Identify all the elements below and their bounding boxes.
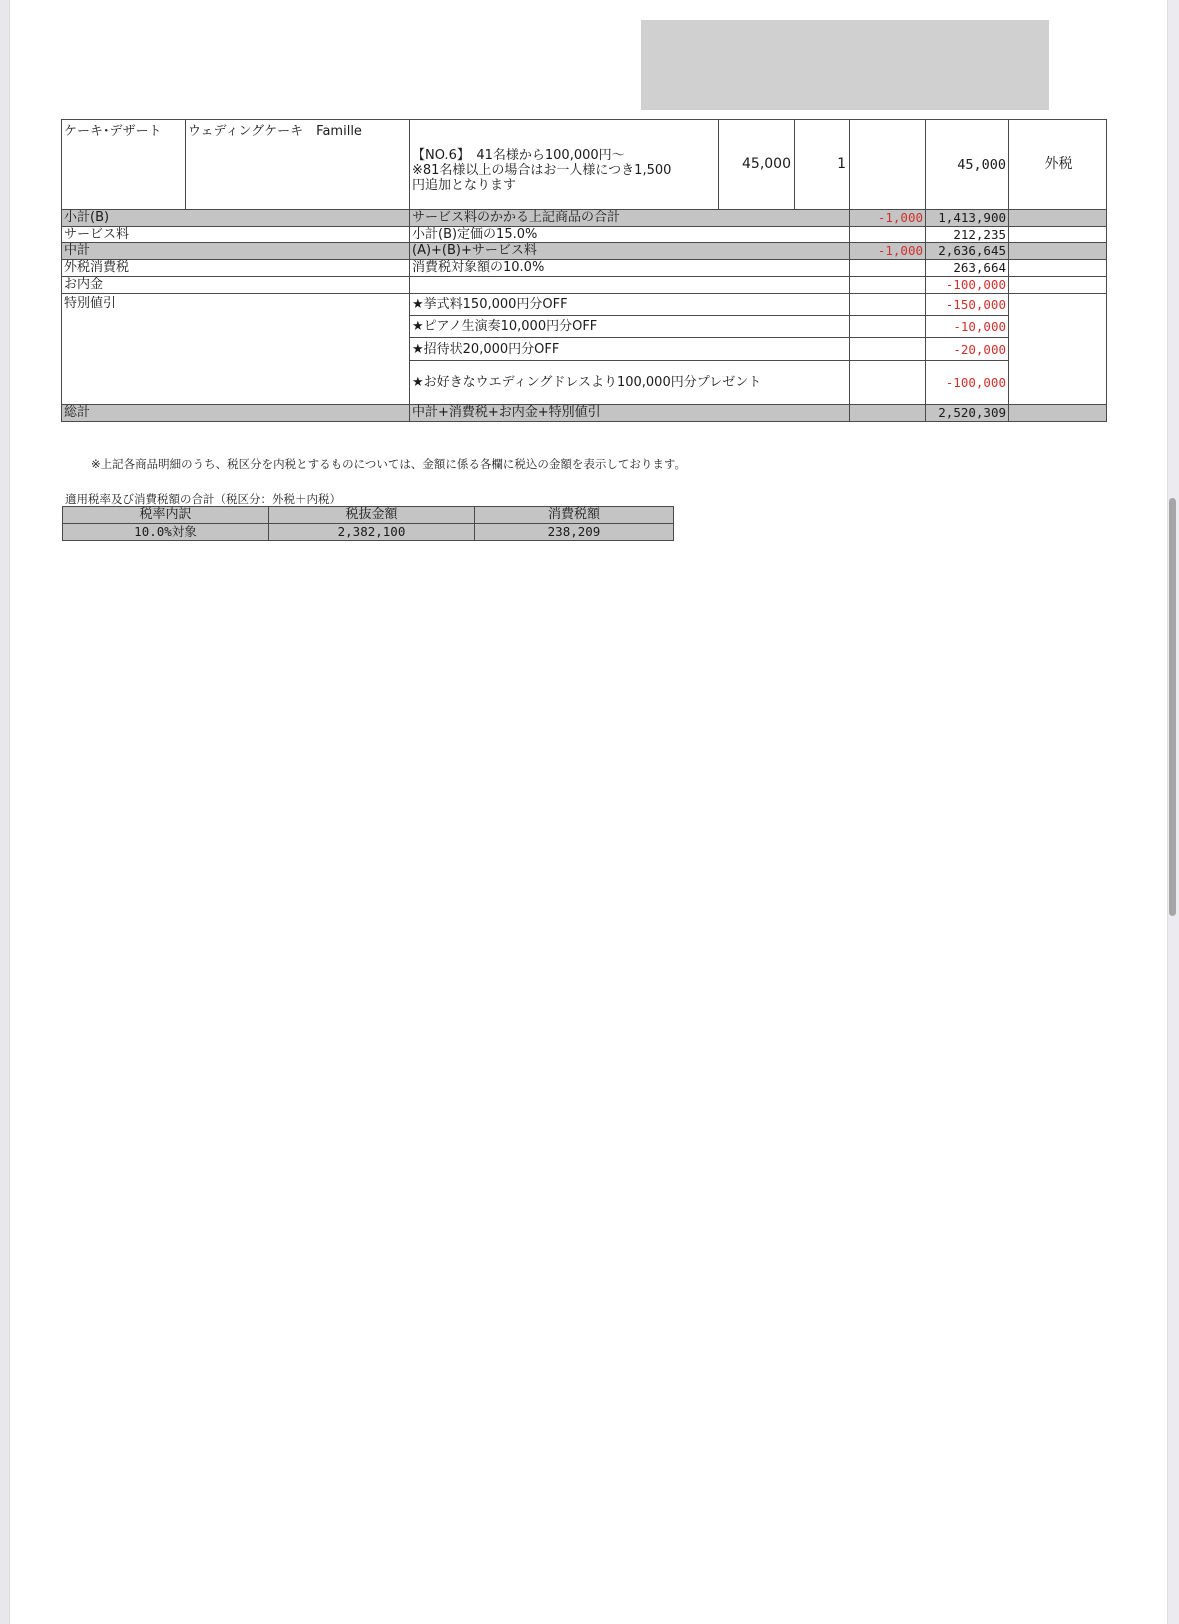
special-discount-blank: [849, 315, 926, 338]
summary-discount: -1,000: [849, 209, 926, 227]
special-discount-blank: [849, 360, 926, 405]
summary-discount: [849, 226, 926, 243]
item-description: 【NO.6】 41名様から100,000円～ ※81名様以上の場合はお一人様につ…: [409, 119, 719, 210]
item-description-line: ※81名様以上の場合はお一人様につき1,500: [412, 163, 718, 178]
summary-label: お内金: [61, 276, 410, 294]
special-discount-blank: [849, 337, 926, 361]
summary-discount: -1,000: [849, 242, 926, 260]
item-quantity: 1: [794, 119, 850, 210]
item-amount: 45,000: [925, 119, 1009, 210]
item-category: ケーキ･デザート: [61, 119, 186, 210]
viewer-left-edge: [0, 0, 10, 1624]
item-description-line: 円追加となります: [412, 178, 718, 193]
special-discount-description: ★挙式料150,000円分OFF: [409, 293, 850, 316]
grand-total-label: 総計: [61, 404, 410, 422]
special-discount-description: ★招待状20,000円分OFF: [409, 337, 850, 361]
summary-description: 消費税対象額の10.0%: [409, 259, 850, 277]
summary-discount: [849, 259, 926, 277]
item-discount: [849, 119, 926, 210]
special-discount-amount: -10,000: [925, 315, 1009, 338]
tax-header-pretax: 税抜金額: [268, 506, 475, 524]
tax-row-tax: 238,209: [474, 523, 674, 541]
tax-inclusive-note: ※上記各商品明細のうち、税区分を内税とするものについては、金額に係る各欄に税込の…: [91, 456, 686, 472]
tax-row-rate: 10.0%対象: [62, 523, 269, 541]
summary-description: [409, 276, 850, 294]
grand-total-discount: [849, 404, 926, 422]
summary-amount: 263,664: [925, 259, 1009, 277]
grand-total-tax-cell: [1008, 404, 1107, 422]
summary-tax-cell: [1008, 276, 1107, 294]
summary-tax-cell: [1008, 226, 1107, 243]
grand-total-amount: 2,520,309: [925, 404, 1009, 422]
redacted-region: [641, 20, 1049, 110]
summary-discount: [849, 276, 926, 294]
tax-header-rate: 税率内訳: [62, 506, 269, 524]
summary-label: 外税消費税: [61, 259, 410, 277]
tax-summary-caption: 適用税率及び消費税額の合計（税区分：外税＋内税）: [65, 491, 341, 507]
summary-label: 小計(B): [61, 209, 410, 227]
special-discount-description: ★お好きなウエディングドレスより100,000円分プレゼント: [409, 360, 850, 405]
summary-description: サービス料のかかる上記商品の合計: [409, 209, 850, 227]
summary-label: 中計: [61, 242, 410, 260]
special-discount-tax-cell: [1008, 293, 1107, 405]
item-unit-price: 45,000: [718, 119, 795, 210]
summary-tax-cell: [1008, 259, 1107, 277]
tax-header-tax: 消費税額: [474, 506, 674, 524]
special-discount-amount: -20,000: [925, 337, 1009, 361]
special-discount-amount: -150,000: [925, 293, 1009, 316]
item-description-line: 【NO.6】 41名様から100,000円～: [412, 148, 718, 163]
special-discount-label: 特別値引: [61, 293, 410, 405]
special-discount-amount: -100,000: [925, 360, 1009, 405]
item-tax-type: 外税: [1008, 119, 1107, 210]
summary-description: (A)+(B)+サービス料: [409, 242, 850, 260]
summary-amount: 1,413,900: [925, 209, 1009, 227]
summary-tax-cell: [1008, 242, 1107, 260]
item-name: ウェディングケーキ Famille: [185, 119, 410, 210]
scrollbar-thumb[interactable]: [1169, 498, 1176, 916]
summary-amount: 212,235: [925, 226, 1009, 243]
summary-label: サービス料: [61, 226, 410, 243]
summary-amount: -100,000: [925, 276, 1009, 294]
vertical-scrollbar[interactable]: [1167, 0, 1179, 1624]
tax-row-pretax: 2,382,100: [268, 523, 475, 541]
special-discount-description: ★ピアノ生演奏10,000円分OFF: [409, 315, 850, 338]
summary-amount: 2,636,645: [925, 242, 1009, 260]
summary-tax-cell: [1008, 209, 1107, 227]
special-discount-blank: [849, 293, 926, 316]
grand-total-description: 中計+消費税+お内金+特別値引: [409, 404, 850, 422]
summary-description: 小計(B)定価の15.0%: [409, 226, 850, 243]
